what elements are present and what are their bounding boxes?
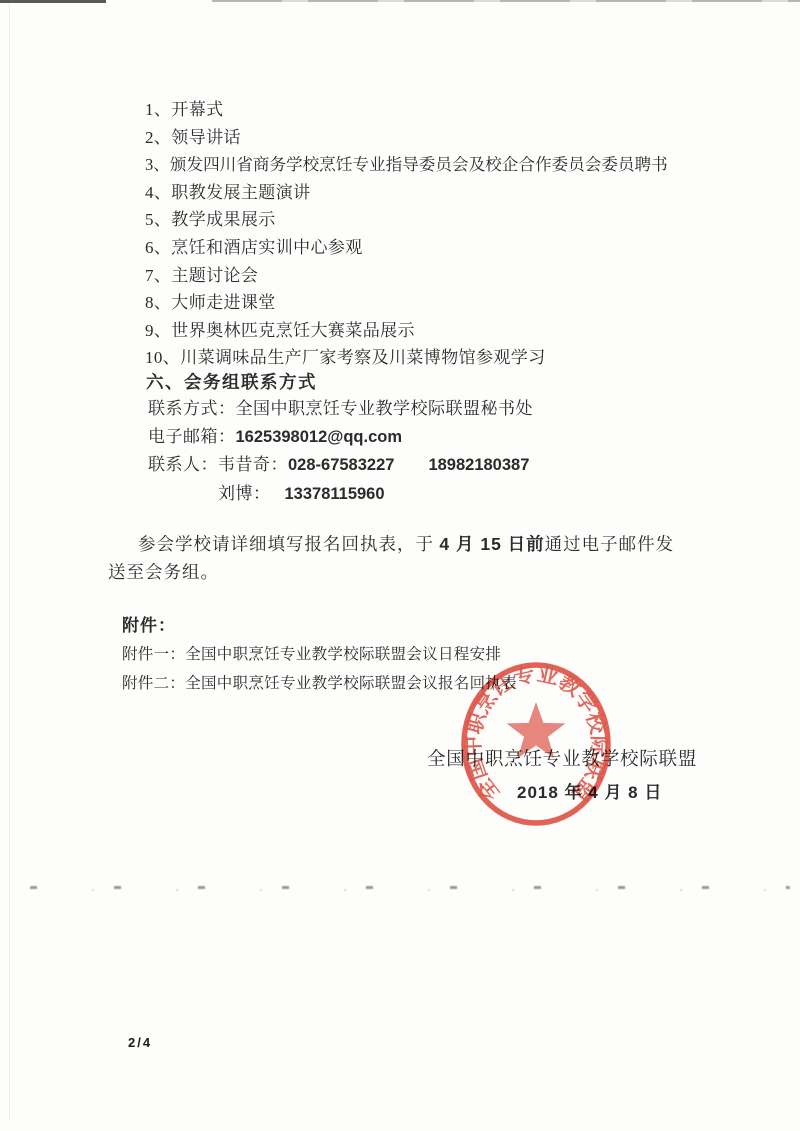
notice-paragraph: 参会学校请详细填写报名回执表，于 4 月 15 日前通过电子邮件发 送至会务组。 [108,530,748,586]
notice-deadline: 4 月 15 日前 [439,534,544,554]
notice-text: 通过电子邮件发 [545,534,675,554]
scan-artifact-top-right [212,0,800,2]
email-value: 1625398012@qq.com [236,428,403,446]
email-label: 电子邮箱： [148,427,236,446]
page-number: 2/4 [128,1035,152,1050]
agenda-item: 10、川菜调味品生产厂家考察及川菜博物馆参观学习 [145,344,765,372]
attachment-item: 附件一：全国中职烹饪专业教学校际联盟会议日程安排 [122,641,682,669]
attachments-heading: 附件： [122,612,682,640]
section-heading-contact: 六、会务组联系方式 [146,369,317,397]
attachment-item: 附件二：全国中职烹饪专业教学校际联盟会议报名回执表 [122,670,682,698]
agenda-item: 1、开幕式 [145,96,765,124]
scanned-page: 1、开幕式 2、领导讲话 3、颁发四川省商务学校烹饪专业指导委员会及校企合作委员… [0,0,800,1131]
person2-phone: 13378115960 [285,485,385,503]
person2-label: 刘博： [218,484,271,503]
agenda-item: 3、颁发四川省商务学校烹饪专业指导委员会及校企合作委员会委员聘书 [145,151,765,179]
attachments-block: 附件： 附件一：全国中职烹饪专业教学校际联盟会议日程安排 附件二：全国中职烹饪专… [122,612,682,698]
agenda-item: 6、烹饪和酒店实训中心参观 [145,234,765,262]
scan-artifact-speckle-row [30,885,790,892]
agenda-item: 4、职教发展主题演讲 [145,179,765,207]
signature-org: 全国中职烹饪专业教学校际联盟 [427,745,697,771]
signature-date: 2018 年 4 月 8 日 [517,778,662,803]
contact-person-line: 联系人：韦昔奇：028-6758322718982180387 [148,451,748,480]
agenda-list: 1、开幕式 2、领导讲话 3、颁发四川省商务学校烹饪专业指导委员会及校企合作委员… [145,96,765,372]
contact-method-line: 联系方式：全国中职烹饪专业教学校际联盟秘书处 [148,395,748,423]
agenda-item: 9、世界奥林匹克烹饪大赛菜品展示 [145,317,765,345]
agenda-item: 8、大师走进课堂 [145,289,765,317]
agenda-item: 7、主题讨论会 [145,262,765,290]
notice-line-1: 参会学校请详细填写报名回执表，于 4 月 15 日前通过电子邮件发 [108,530,748,558]
agenda-item: 2、领导讲话 [145,124,765,152]
contact-block: 联系方式：全国中职烹饪专业教学校际联盟秘书处 电子邮箱：1625398012@q… [148,395,748,509]
scan-artifact-top-left [0,0,106,3]
scan-artifact-left-line [9,4,10,1119]
notice-line-2: 送至会务组。 [108,558,748,586]
contact-email-line: 电子邮箱：1625398012@qq.com [148,423,748,452]
person-phone-1: 028-67583227 [288,456,394,474]
person-label: 联系人：韦昔奇： [148,455,288,474]
notice-text: 参会学校请详细填写报名回执表，于 [138,534,439,554]
person-phone-2: 18982180387 [428,456,529,474]
contact-person2-line: 刘博：13378115960 [148,480,748,509]
agenda-item: 5、教学成果展示 [145,206,765,234]
